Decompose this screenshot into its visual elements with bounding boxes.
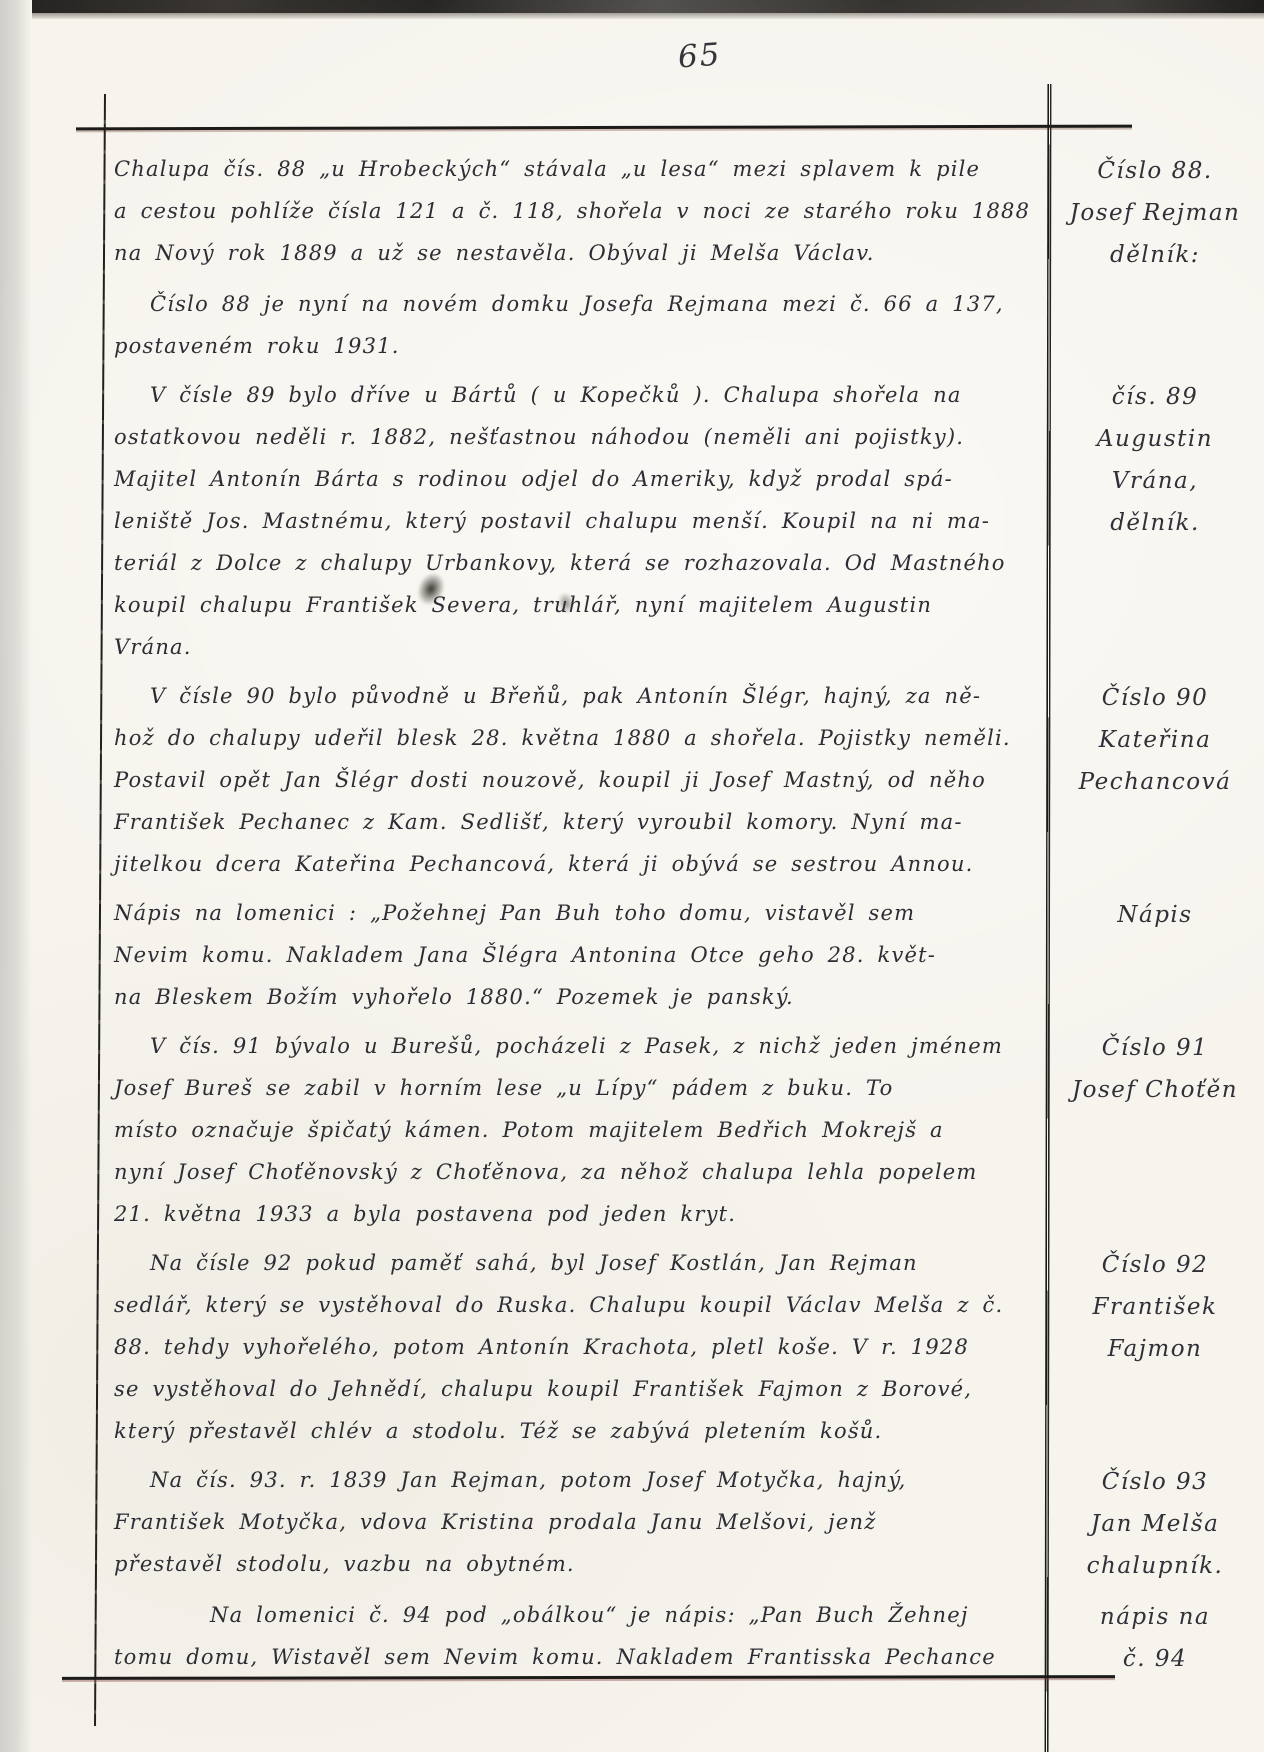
text-line: ostatkovou neděli r. 1882, nešťastnou ná… xyxy=(114,416,1046,458)
margin-annotations-column: Číslo 92FrantišekFajmon xyxy=(1046,1242,1264,1452)
handwritten-text-column: V čísle 89 bylo dříve u Bártů ( u Kopečk… xyxy=(100,374,1046,668)
text-line: Číslo 88 je nyní na novém domku Josefa R… xyxy=(114,283,1046,325)
text-line: Nevim komu. Nakladem Jana Šlégra Antonin… xyxy=(114,934,1046,976)
margin-note: nápis na xyxy=(1046,1596,1264,1638)
text-line: nyní Josef Choťěnovský z Choťěnova, za n… xyxy=(114,1151,1046,1193)
margin-annotations-column: nápis nač. 94 xyxy=(1046,1594,1264,1680)
page-number: 65 xyxy=(677,37,723,76)
entry-section: Nápis na lomenici : „Požehnej Pan Buh to… xyxy=(100,892,1264,1018)
margin-note: č. 94 xyxy=(1046,1638,1264,1680)
handwritten-text-column: Na lomenici č. 94 pod „obálkou“ je nápis… xyxy=(100,1594,1046,1680)
text-line: se vystěhoval do Jehnědí, chalupu koupil… xyxy=(114,1368,1046,1410)
margin-note: dělník: xyxy=(1046,234,1264,276)
margin-note: Josef Choťěn xyxy=(1046,1069,1264,1111)
margin-note: František xyxy=(1046,1286,1264,1328)
margin-note: Číslo 93 xyxy=(1046,1461,1264,1503)
margin-note: Fajmon xyxy=(1046,1328,1264,1370)
entry-section: Číslo 88 je nyní na novém domku Josefa R… xyxy=(100,283,1264,367)
handwritten-text-column: Nápis na lomenici : „Požehnej Pan Buh to… xyxy=(100,892,1046,1018)
text-line: tomu domu, Wistavěl sem Nevim komu. Nakl… xyxy=(114,1636,1046,1678)
text-line: a cestou pohlíže čísla 121 a č. 118, sho… xyxy=(114,190,1046,232)
entry-section: Na čísle 92 pokud paměť sahá, byl Josef … xyxy=(100,1242,1264,1452)
margin-note: Číslo 90 xyxy=(1046,677,1264,719)
margin-note: Pechancová xyxy=(1046,761,1264,803)
text-line: sedlář, který se vystěhoval do Ruska. Ch… xyxy=(114,1284,1046,1326)
text-line: Na lomenici č. 94 pod „obálkou“ je nápis… xyxy=(114,1594,1046,1636)
margin-note: Josef Rejman xyxy=(1046,192,1264,234)
text-line: teriál z Dolce z chalupy Urbankovy, kter… xyxy=(114,542,1046,584)
text-line: Postavil opět Jan Šlégr dosti nouzově, k… xyxy=(114,759,1046,801)
margin-annotations-column: Číslo 93Jan Melšachalupník. xyxy=(1046,1459,1264,1587)
text-line: Josef Bureš se zabil v horním lese „u Lí… xyxy=(114,1067,1046,1109)
text-line: na Bleskem Božím vyhořelo 1880.“ Pozemek… xyxy=(114,976,1046,1018)
text-line: který přestavěl chlév a stodolu. Též se … xyxy=(114,1410,1046,1452)
text-line: V čísle 89 bylo dříve u Bártů ( u Kopečk… xyxy=(114,374,1046,416)
margin-note: Augustin xyxy=(1046,418,1264,460)
margin-annotations-column: Nápis xyxy=(1046,892,1264,1018)
handwritten-text-column: Na čís. 93. r. 1839 Jan Rejman, potom Jo… xyxy=(100,1459,1046,1587)
handwritten-text-column: V čís. 91 bývalo u Burešů, pocházeli z P… xyxy=(100,1025,1046,1235)
scanned-chronicle-page: { "page": { "number": "65" }, "colors": … xyxy=(0,0,1264,1752)
entry-section: V čísle 89 bylo dříve u Bártů ( u Kopečk… xyxy=(100,374,1264,668)
handwritten-text-column: V čísle 90 bylo původně u Břeňů, pak Ant… xyxy=(100,675,1046,885)
text-line: Na čís. 93. r. 1839 Jan Rejman, potom Jo… xyxy=(114,1459,1046,1501)
text-line: postaveném roku 1931. xyxy=(114,325,1046,367)
margin-annotations-column: čís. 89AugustinVrána,dělník. xyxy=(1046,374,1264,668)
entry-section: V čísle 90 bylo původně u Břeňů, pak Ant… xyxy=(100,675,1264,885)
text-line: Majitel Antonín Bárta s rodinou odjel do… xyxy=(114,458,1046,500)
text-line: jitelkou dcera Kateřina Pechancová, kter… xyxy=(114,843,1046,885)
margin-note: Nápis xyxy=(1046,894,1264,936)
text-line: Chalupa čís. 88 „u Hrobeckých“ stávala „… xyxy=(114,148,1046,190)
text-line: místo označuje špičatý kámen. Potom maji… xyxy=(114,1109,1046,1151)
text-line: leniště Jos. Mastnému, který postavil ch… xyxy=(114,500,1046,542)
margin-annotations-column: Číslo 91Josef Choťěn xyxy=(1046,1025,1264,1235)
entry-section: Na čís. 93. r. 1839 Jan Rejman, potom Jo… xyxy=(100,1459,1264,1587)
text-line: hož do chalupy udeřil blesk 28. května 1… xyxy=(114,717,1046,759)
scan-top-edge-shadow xyxy=(0,13,1264,19)
text-line: František Motyčka, vdova Kristina prodal… xyxy=(114,1501,1046,1543)
handwritten-text-column: Číslo 88 je nyní na novém domku Josefa R… xyxy=(100,283,1046,367)
text-line: Vrána. xyxy=(114,626,1046,668)
margin-note: dělník. xyxy=(1046,502,1264,544)
entry-section: Chalupa čís. 88 „u Hrobeckých“ stávala „… xyxy=(100,148,1264,276)
handwritten-text-column: Chalupa čís. 88 „u Hrobeckých“ stávala „… xyxy=(100,148,1046,276)
margin-annotations-column xyxy=(1046,283,1264,367)
margin-note: Jan Melša xyxy=(1046,1503,1264,1545)
text-line: František Pechanec z Kam. Sedlišť, který… xyxy=(114,801,1046,843)
entry-section: V čís. 91 bývalo u Burešů, pocházeli z P… xyxy=(100,1025,1264,1235)
margin-annotations-column: Číslo 88.Josef Rejmandělník: xyxy=(1046,148,1264,276)
margin-note: Číslo 92 xyxy=(1046,1244,1264,1286)
margin-note: Kateřina xyxy=(1046,719,1264,761)
text-line: V čísle 90 bylo původně u Břeňů, pak Ant… xyxy=(114,675,1046,717)
text-line: Nápis na lomenici : „Požehnej Pan Buh to… xyxy=(114,892,1046,934)
text-line: na Nový rok 1889 a už se nestavěla. Obýv… xyxy=(114,232,1046,274)
text-line: koupil chalupu František Severa, truhlář… xyxy=(114,584,1046,626)
text-line: V čís. 91 bývalo u Burešů, pocházeli z P… xyxy=(114,1025,1046,1067)
text-line: 21. května 1933 a byla postavena pod jed… xyxy=(114,1193,1046,1235)
margin-note: chalupník. xyxy=(1046,1545,1264,1587)
margin-note: Číslo 88. xyxy=(1046,150,1264,192)
margin-annotations-column: Číslo 90KateřinaPechancová xyxy=(1046,675,1264,885)
chronicle-content: Chalupa čís. 88 „u Hrobeckých“ stávala „… xyxy=(100,148,1264,1687)
text-line: 88. tehdy vyhořelého, potom Antonín Krac… xyxy=(114,1326,1046,1368)
frame-top-rule xyxy=(76,125,1132,131)
scan-left-edge xyxy=(0,0,32,1752)
margin-note: čís. 89 xyxy=(1046,376,1264,418)
entry-section: Na lomenici č. 94 pod „obálkou“ je nápis… xyxy=(100,1594,1264,1680)
margin-note: Číslo 91 xyxy=(1046,1027,1264,1069)
text-line: přestavěl stodolu, vazbu na obytném. xyxy=(114,1543,1046,1585)
scan-top-edge xyxy=(0,0,1264,13)
text-line: Na čísle 92 pokud paměť sahá, byl Josef … xyxy=(114,1242,1046,1284)
margin-note: Vrána, xyxy=(1046,460,1264,502)
handwritten-text-column: Na čísle 92 pokud paměť sahá, byl Josef … xyxy=(100,1242,1046,1452)
